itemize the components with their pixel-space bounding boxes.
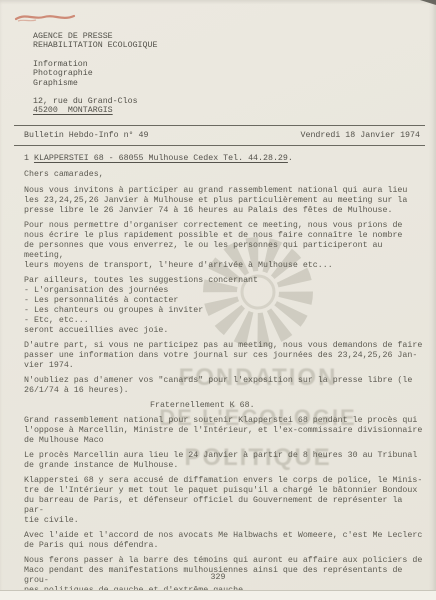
agency-name-line1: AGENCE DE PRESSE xyxy=(33,32,436,41)
paragraph-information: D'autre part, si vous ne participez pas … xyxy=(24,341,424,371)
service-information: Information xyxy=(33,60,436,69)
paragraph-canards: N'oubliez pas d'amener vos "canards" pou… xyxy=(24,376,424,396)
paragraph-organisation: Pour nous permettre d'organiser correcte… xyxy=(24,221,424,271)
paragraph-rassemblement: Grand rassemblement national pour souten… xyxy=(24,416,424,446)
paragraph-accusation: Klapperstei 68 y sera accusé de diffamat… xyxy=(24,476,424,526)
salutation: Chers camarades, xyxy=(24,170,424,180)
scanned-page: FONDATION DE L'ÉCOLOGIE POLITIQUE AGENCE… xyxy=(0,0,436,600)
bulletin-title: Bulletin Hebdo-Info n° 49 xyxy=(24,131,148,140)
paragraph-avocats: Avec l'aide et l'accord de nos avocats M… xyxy=(24,531,424,551)
divider-top xyxy=(14,125,425,126)
agency-name-line2: REHABILITATION ECOLOGIQUE xyxy=(33,41,436,50)
bulletin-date: Vendredi 18 Janvier 1974 xyxy=(301,131,421,140)
page-number: 329 xyxy=(0,573,436,582)
paragraph-suggestions: Par ailleurs, toutes les suggestions con… xyxy=(24,276,424,336)
heading-period: . xyxy=(288,154,293,163)
address-city: 45200 MONTARGIS xyxy=(33,106,436,115)
article-body: 1 KLAPPERSTEI 68 - 68055 Mulhouse Cedex … xyxy=(0,146,436,596)
signoff-line: Fraternellement K 68. xyxy=(150,401,424,411)
service-graphisme: Graphisme xyxy=(33,79,436,88)
address-street: 12, rue du Grand-Clos xyxy=(33,97,436,106)
service-photographie: Photographie xyxy=(33,69,436,78)
paragraph-proces: Le procès Marcellin aura lieu le 24 Janv… xyxy=(24,451,424,471)
heading-number: 1 xyxy=(24,154,34,163)
article-heading: 1 KLAPPERSTEI 68 - 68055 Mulhouse Cedex … xyxy=(24,154,424,164)
bulletin-header: Bulletin Hebdo-Info n° 49 Vendredi 18 Ja… xyxy=(24,131,420,140)
scan-bottom-edge xyxy=(0,590,436,600)
red-pen-mark xyxy=(12,8,82,28)
heading-title: KLAPPERSTEI 68 - 68055 Mulhouse Cedex Te… xyxy=(34,154,288,163)
scan-corner-shadow xyxy=(420,0,436,5)
paragraph-invitation: Nous vous invitons à participer au grand… xyxy=(24,186,424,216)
